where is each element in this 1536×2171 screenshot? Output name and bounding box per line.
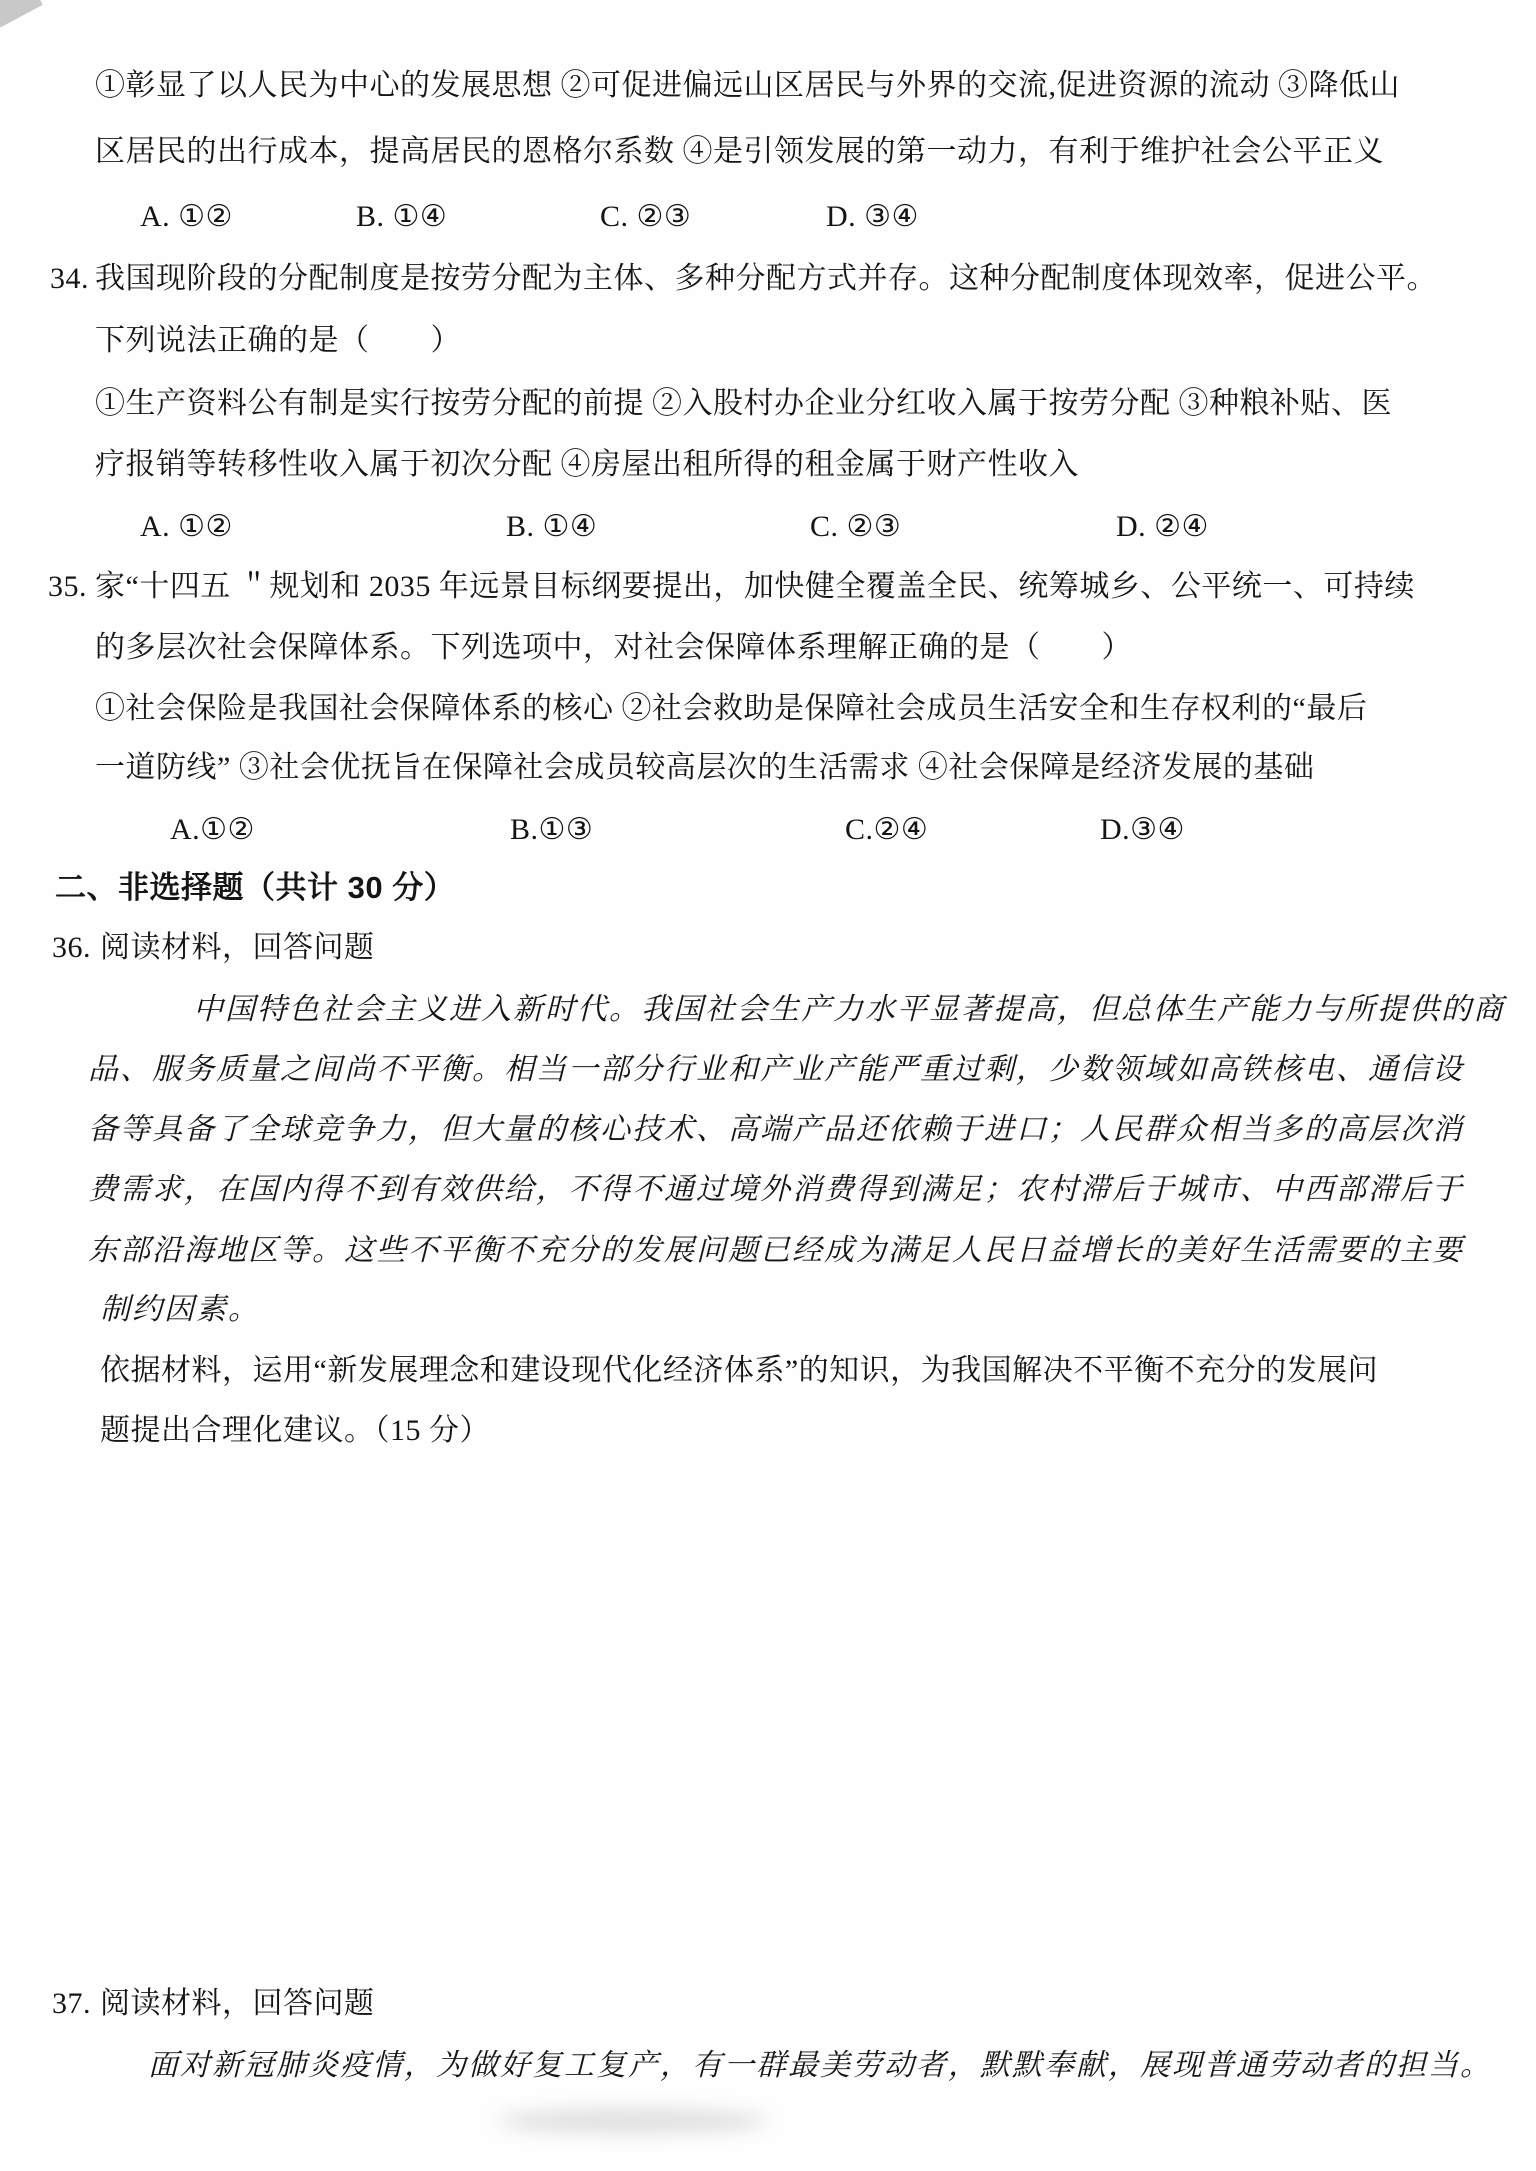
q37-material-line-1: 面对新冠肺炎疫情，为做好复工复产，有一群最美劳动者，默默奉献，展现普通劳动者的担… [148,2046,1492,2086]
q33-option-d: D. ③④ [826,197,919,237]
q33-option-b: B. ①④ [356,197,447,237]
q36-task-line-2: 题提出合理化建议。（15 分） [100,1411,490,1451]
exam-paper-page: ①彰显了以人民为中心的发展思想 ②可促进偏远山区居民与外界的交流,促进资源的流动… [0,0,1536,2171]
q34-option-b: B. ①④ [506,507,597,547]
scan-corner-artifact [0,0,43,31]
q37-title: 阅读材料，回答问题 [100,1984,375,2024]
q33-options-row: A. ①② B. ①④ C. ②③ D. ③④ [0,197,1536,237]
q36-material-line-1: 中国特色社会主义进入新时代。我国社会生产力水平显著提高，但总体生产能力与所提供的… [193,990,1505,1030]
scan-smudge-artifact [498,2108,768,2134]
q35-option-d: D.③④ [1100,810,1185,850]
q35-options-row: A.①② B.①③ C.②④ D.③④ [0,810,1536,850]
q36-task-line-1: 依据材料，运用“新发展理念和建设现代化经济体系”的知识，为我国解决不平衡不充分的… [100,1351,1378,1391]
q34-options-row: A. ①② B. ①④ C. ②③ D. ②④ [0,507,1536,547]
q34-number: 34. [50,259,89,299]
q35-statements-line-1: ①社会保险是我国社会保障体系的核心 ②社会救助是保障社会成员生活安全和生存权利的… [95,689,1367,729]
q35-option-a: A.①② [170,810,255,850]
q35-option-c: C.②④ [845,810,928,850]
q33-statements-line-2: 区居民的出行成本，提高居民的恩格尔系数 ④是引领发展的第一动力，有利于维护社会公… [95,132,1384,172]
q35-stem-line-1: 家“十四五 ＂规划和 2035 年远景目标纲要提出，加快健全覆盖全民、统筹城乡、… [95,567,1415,607]
q35-statements-line-2: 一道防线” ③社会优抚旨在保障社会成员较高层次的生活需求 ④社会保障是经济发展的… [95,748,1314,788]
q36-material-line-3: 备等具备了全球竞争力，但大量的核心技术、高端产品还依赖于进口；人民群众相当多的高… [88,1110,1464,1150]
q34-stem-line-1: 我国现阶段的分配制度是按劳分配为主体、多种分配方式并存。这种分配制度体现效率，促… [95,259,1437,299]
q35-option-b: B.①③ [510,810,593,850]
q33-option-a: A. ①② [140,197,233,237]
q34-stem-line-2: 下列说法正确的是（ ） [95,321,461,361]
q37-number: 37. [52,1984,91,2024]
q36-material-line-4: 费需求，在国内得不到有效供给，不得不通过境外消费得到满足；农村滞后于城市、中西部… [88,1170,1464,1210]
q33-statements-line-1: ①彰显了以人民为中心的发展思想 ②可促进偏远山区居民与外界的交流,促进资源的流动… [95,66,1400,106]
q36-number: 36. [52,928,91,968]
q36-material-line-5: 东部沿海地区等。这些不平衡不充分的发展问题已经成为满足人民日益增长的美好生活需要… [88,1231,1464,1271]
q36-title: 阅读材料，回答问题 [100,928,375,968]
q34-option-d: D. ②④ [1116,507,1209,547]
q33-option-c: C. ②③ [600,197,691,237]
q35-number: 35. [48,567,87,607]
q35-stem-line-2: 的多层次社会保障体系。下列选项中，对社会保障体系理解正确的是（ ） [95,628,1132,668]
q36-material-line-6: 制约因素。 [100,1290,260,1330]
q36-material-line-2: 品、服务质量之间尚不平衡。相当一部分行业和产业产能严重过剩，少数领域如高铁核电、… [88,1050,1464,1090]
q34-option-a: A. ①② [140,507,233,547]
q34-option-c: C. ②③ [810,507,901,547]
q34-statements-line-1: ①生产资料公有制是实行按劳分配的前提 ②入股村办企业分红收入属于按劳分配 ③种粮… [95,384,1392,424]
section-2-heading: 二、非选择题（共计 30 分） [55,868,455,908]
q34-statements-line-2: 疗报销等转移性收入属于初次分配 ④房屋出租所得的租金属于财产性收入 [95,445,1079,485]
